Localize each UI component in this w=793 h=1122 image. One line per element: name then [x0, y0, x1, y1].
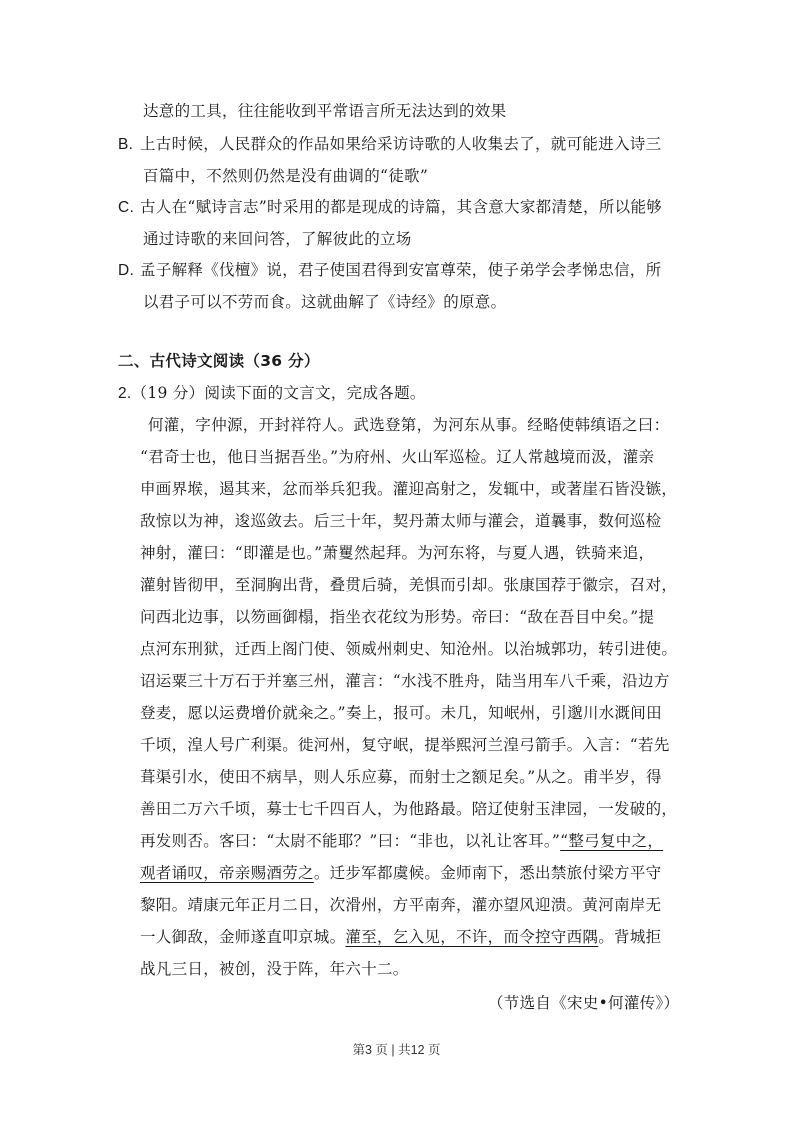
- option-b-line-1: B.上古时候，人民群众的作品如果给采访诗歌的人收集去了，就可能进入诗三: [118, 134, 661, 155]
- option-b-text: 上古时候，人民群众的作品如果给采访诗歌的人收集去了，就可能进入诗三: [140, 135, 661, 153]
- passage-line: “君奇士也，他日当据吾坐。”为府州、火山军巡检。辽人常越境而汲，灌亲: [140, 447, 654, 467]
- passage-line: 何灌，字仲源，开封祥符人。武选登第，为河东从事。经略使韩缜语之曰：: [148, 415, 669, 435]
- underlined-sentence-2: 灌至，乞入见，不许，而令控守西隅: [345, 928, 598, 946]
- option-d-line-1: D.孟子解释《伐檀》说，君子使国君得到安富尊荣，使子弟学会孝悌忠信，所: [118, 260, 661, 281]
- underlined-sentence-1-part-1: “整弓复中之，: [560, 832, 663, 850]
- passage-line: 点河东刑狱，迁西上阁门使、领威州刺史、知沧州。以治城郭功，转引进使。: [140, 639, 677, 659]
- passage-line: 神射，灌曰：“即灌是也。”萧矍然起拜。为河东将，与夏人遇，铁骑来追，: [140, 543, 654, 563]
- document-page: 达意的工具，往往能收到平常语言所无法达到的效果 B.上古时候，人民群众的作品如果…: [0, 0, 793, 1122]
- passage-line: 诏运粟三十万石于并塞三州，灌言：“水浅不胜舟，陆当用车八千乘，沿边方: [140, 671, 670, 691]
- passage-line: 战凡三日，被创，没于阵，年六十二。: [140, 959, 409, 979]
- underlined-sentence-1-part-2: 观者诵叹，帝亲赐酒劳之: [140, 864, 314, 882]
- passage-line: 千顷，湟人号广利渠。徙河州，复守岷，提举熙河兰湟弓箭手。入言：“若先: [140, 735, 670, 755]
- passage-line: 敌惊以为神，逡巡敛去。后三十年，契丹萧太师与灌会，道曩事，数何巡检: [140, 511, 661, 531]
- option-b-label: B.: [118, 135, 140, 155]
- passage-line: 葺渠引水，使田不病旱，则人乐应募，而射士之额足矣。”从之。甫半岁，得: [140, 767, 662, 787]
- option-c-line-1: C.古人在“赋诗言志”时采用的都是现成的诗篇，其含意大家都清楚，所以能够: [118, 197, 662, 218]
- passage-text: 再发则否。客曰：“太尉不能耶？”曰：“非也，以礼让客耳。”: [140, 832, 560, 850]
- passage-line: 再发则否。客曰：“太尉不能耶？”曰：“非也，以礼让客耳。”“整弓复中之，: [140, 831, 663, 851]
- passage-text: 一人御敌，金师遂直叩京城。: [140, 928, 345, 946]
- passage-line: 善田二万六千顷，募士七千四百人，为他路最。陪辽使射玉津园，一发破的，: [140, 799, 677, 819]
- option-d-label: D.: [118, 261, 140, 281]
- passage-line: 一人御敌，金师遂直叩京城。灌至，乞入见，不许，而令控守西隅。背城拒: [140, 927, 661, 947]
- question-text: （19 分）阅读下面的文言文，完成各题。: [132, 384, 426, 402]
- page-footer: 第3 页 | 共12 页: [0, 1040, 793, 1058]
- option-d-text: 孟子解释《伐檀》说，君子使国君得到安富尊荣，使子弟学会孝悌忠信，所: [140, 261, 661, 279]
- question-number: 2.: [118, 385, 132, 402]
- passage-source: （节选自《宋史•何灌传》）: [488, 993, 679, 1013]
- passage-line: 申画界堠，遏其来，忿而举兵犯我。灌迎高射之，发辄中，或著崖石皆没镞，: [140, 479, 677, 499]
- option-a-continuation: 达意的工具，往往能收到平常语言所无法达到的效果: [143, 101, 506, 121]
- option-c-label: C.: [118, 198, 140, 218]
- passage-line: 灌射皆彻甲，至洞胸出背，叠贯后骑，羌惧而引却。张康国荐于徽宗，召对，: [140, 575, 677, 595]
- question-prompt: 2.（19 分）阅读下面的文言文，完成各题。: [118, 383, 426, 404]
- option-b-line-2: 百篇中，不然则仍然是没有曲调的“徒歌”: [143, 166, 428, 186]
- passage-line: 观者诵叹，帝亲赐酒劳之。迁步军都虞候。金师南下，悉出禁旅付梁方平守: [140, 863, 661, 883]
- option-c-text: 古人在“赋诗言志”时采用的都是现成的诗篇，其含意大家都清楚，所以能够: [140, 198, 662, 216]
- passage-text: 。迁步军都虞候。金师南下，悉出禁旅付梁方平守: [314, 864, 662, 882]
- section-title: 二、古代诗文阅读（36 分）: [118, 351, 320, 371]
- passage-line: 黎阳。靖康元年正月二日，次滑州，方平南奔，灌亦望风迎溃。黄河南岸无: [140, 895, 661, 915]
- option-d-line-2: 以君子可以不劳而食。这就曲解了《诗经》的原意。: [143, 292, 506, 312]
- passage-text: 。背城拒: [598, 928, 661, 946]
- passage-line: 登麦，愿以运费增价就籴之。”奏上，报可。未几，知岷州，引邈川水溉间田: [140, 703, 662, 723]
- option-c-line-2: 通过诗歌的来回问答，了解彼此的立场: [143, 229, 412, 249]
- passage-line: 问西北边事，以笏画御榻，指坐衣花纹为形势。帝曰：“敌在吾目中矣。”提: [140, 607, 654, 627]
